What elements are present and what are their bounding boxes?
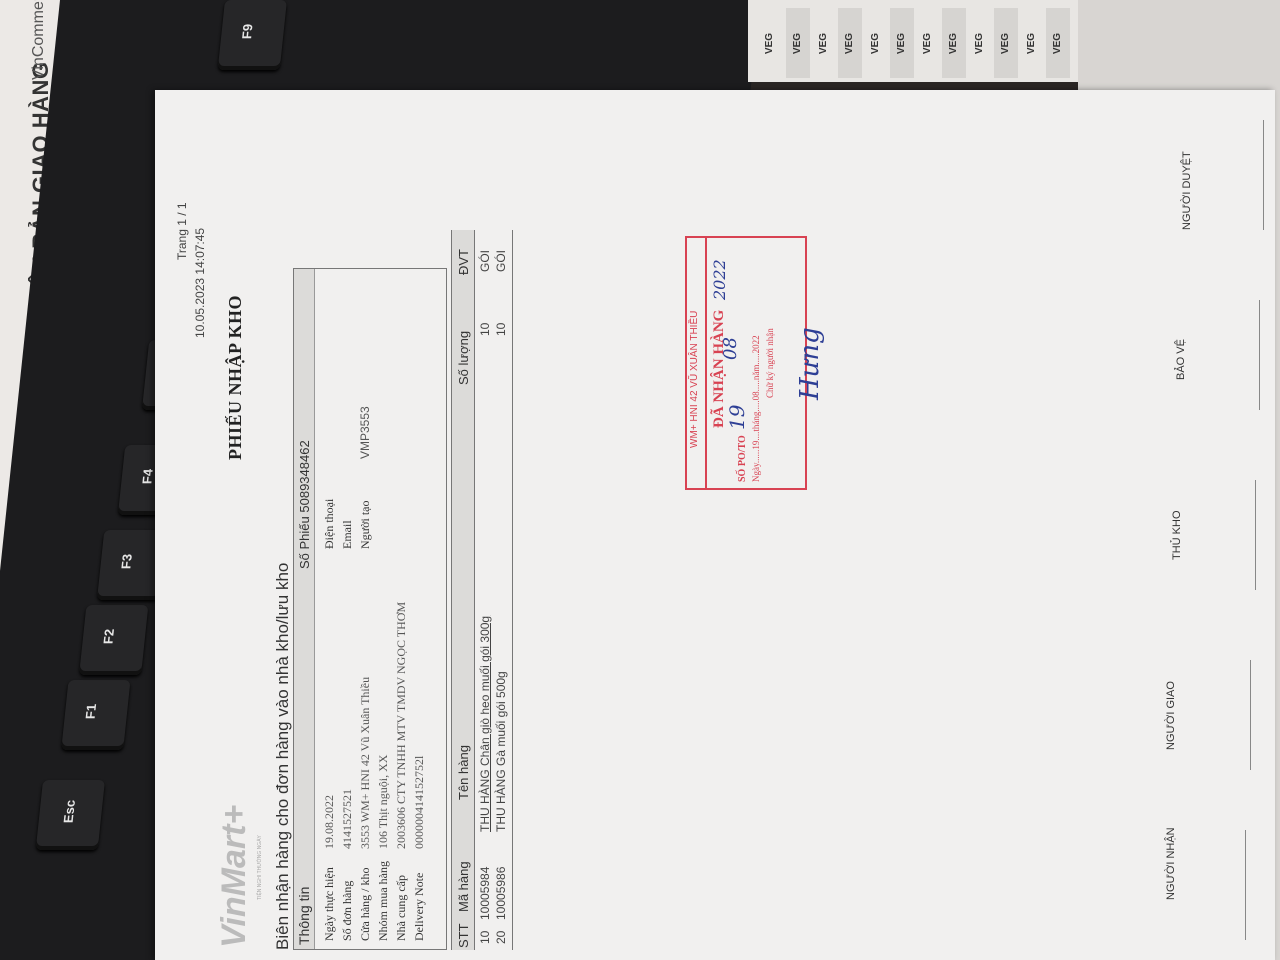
info-label: Nhà cung cấp	[394, 875, 409, 941]
signature-label: NGƯỜI DUYỆT	[1181, 151, 1193, 230]
veg-label: VEG	[864, 8, 888, 78]
info-label: Số đơn hàng	[340, 881, 355, 941]
info-value: 3553 WM+ HNI 42 Vũ Xuân Thiều	[358, 677, 373, 849]
handwritten-day: 19	[725, 405, 749, 430]
stamp-store: WM+ HNI 42 VŨ XUÂN THIỀU	[689, 311, 700, 448]
veg-label: VEG	[968, 8, 992, 78]
info-value: 106 Thịt nguội, XX	[376, 755, 391, 849]
page-number: Trang 1 / 1	[175, 202, 189, 260]
key-f9: F9	[218, 0, 287, 70]
signature-line	[1263, 120, 1264, 230]
signature-label: NGƯỜI GIAO	[1165, 681, 1177, 750]
info-header: Thông tin	[296, 887, 312, 945]
signature-label: NGƯỜI NHẬN	[1165, 827, 1177, 900]
veg-label: VEG	[758, 8, 782, 78]
th-stt: STT	[456, 923, 471, 948]
veg-label: VEG	[890, 8, 914, 78]
info-value: 2003606 CTY TNHH MTV TMDV NGỌC THƠM	[394, 602, 409, 849]
th-code: Mã hàng	[456, 861, 471, 912]
th-qty: Số lượng	[456, 331, 471, 385]
document-heading: PHIẾU NHẬP KHO	[225, 295, 246, 460]
handwritten-year: 2022	[710, 259, 729, 300]
th-name: Tên hàng	[456, 745, 471, 800]
signature-line	[1250, 660, 1251, 770]
veg-label: VEG	[838, 8, 862, 78]
veg-label: VEG	[812, 8, 836, 78]
info-label: Người tạo	[358, 500, 373, 549]
veg-label: VEG	[942, 8, 966, 78]
info-value: 000000414152752l	[412, 756, 427, 849]
key-esc: Esc	[36, 780, 105, 850]
th-unit: ĐVT	[456, 249, 471, 275]
printed-at: 10.05.2023 14:07:45	[193, 228, 207, 338]
info-label: Ngày thực hiện	[322, 867, 337, 941]
received-stamp: WM+ HNI 42 VŨ XUÂN THIỀU ĐÃ NHẬN HÀNG SỐ…	[685, 236, 807, 490]
veg-label: VEG	[916, 8, 940, 78]
info-label: Cửa hàng / kho	[358, 868, 373, 942]
items-table: STT Mã hàng Tên hàng Số lượng ĐVT 10 100…	[451, 230, 513, 950]
signature-line	[1255, 480, 1256, 590]
signature-label: BẢO VỆ	[1175, 339, 1187, 380]
receipt-number: Số Phiếu 5089348462	[297, 440, 312, 569]
info-value: 19.08.2022	[322, 795, 337, 849]
key-f2: F2	[79, 605, 148, 675]
stamp-date-line: Ngày......19....tháng.....08.....năm....…	[751, 335, 761, 482]
warehouse-receipt-document: VinMart+ TIỆN NGHI THƯỜNG NGÀY Trang 1 /…	[155, 90, 1275, 960]
signature-line	[1245, 830, 1246, 940]
info-label: Email	[340, 520, 355, 549]
veg-label-sheet: VEG VEG VEG VEG VEG VEG VEG VEG VEG VEG …	[748, 0, 1078, 82]
veg-label: VEG	[1046, 8, 1070, 78]
info-value: 4141527521	[340, 789, 355, 849]
slip-vincommerce: VinCommerce	[30, 0, 48, 80]
stamp-po-label: SỐ PO/TO	[737, 435, 748, 482]
key-f1: F1	[61, 680, 130, 750]
veg-label: VEG	[1020, 8, 1044, 78]
vinmart-logo: VinMart+	[215, 805, 254, 948]
document-title: Biên nhận hàng cho đơn hàng vào nhà kho/…	[273, 563, 293, 950]
logo-tagline: TIỆN NGHI THƯỜNG NGÀY	[257, 835, 263, 900]
veg-label: VEG	[994, 8, 1018, 78]
info-label: Delivery Note	[412, 873, 427, 941]
veg-label: VEG	[786, 8, 810, 78]
info-box: Thông tin Số Phiếu 5089348462 Ngày thực …	[293, 268, 447, 950]
info-label: Điện thoại	[322, 499, 337, 549]
handwritten-signature: Hưng	[795, 327, 825, 400]
signature-line	[1259, 300, 1260, 410]
info-label: Nhóm mua hàng	[376, 861, 391, 941]
signature-label: THỦ KHO	[1171, 511, 1183, 561]
info-value: VMP3553	[358, 406, 372, 459]
handwritten-month: 08	[720, 337, 741, 360]
stamp-sign-label: Chữ ký người nhận	[765, 328, 775, 398]
